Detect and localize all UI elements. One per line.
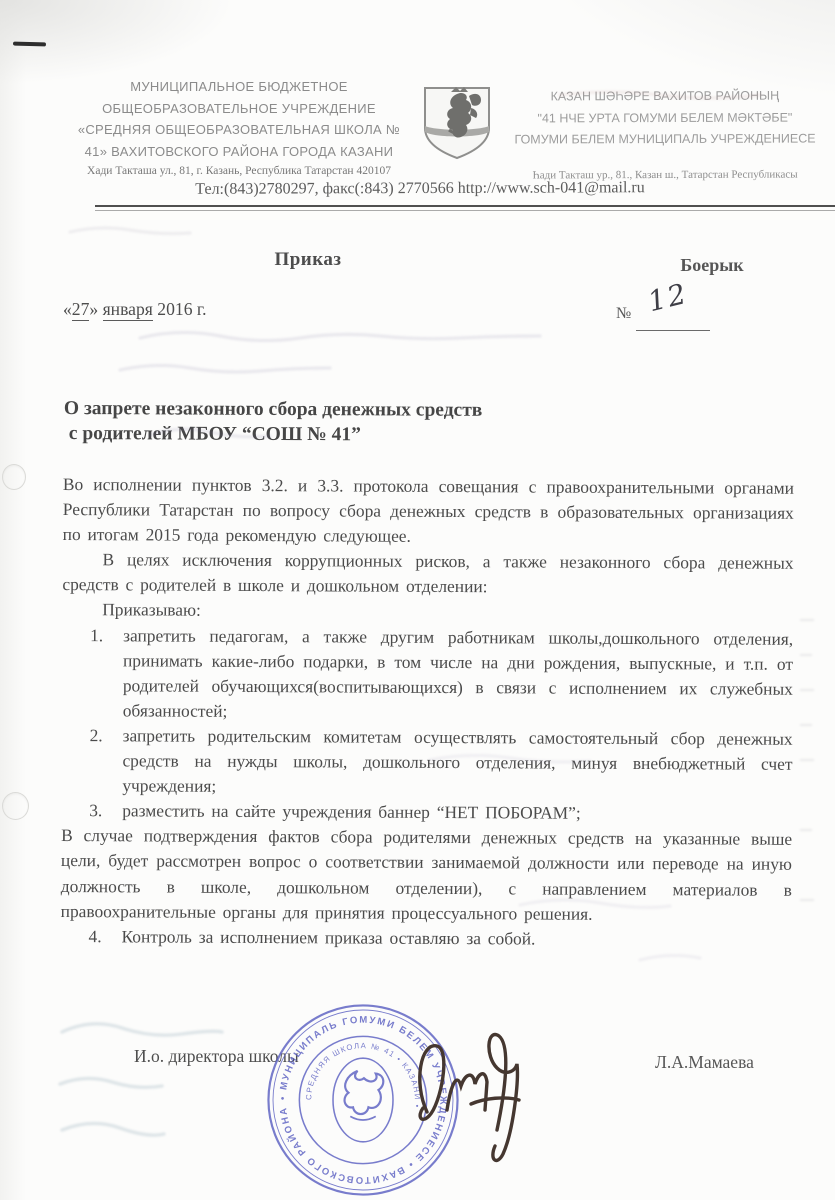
paragraph-order-word: Приказываю:	[62, 597, 793, 626]
org-name-line: ОБЩЕОБРАЗОВАТЕЛЬНОЕ УЧРЕЖДЕНИЕ	[70, 98, 408, 120]
order-title: О запрете незаконного сбора денежных сре…	[64, 396, 624, 448]
handwritten-order-number: 12	[645, 277, 691, 319]
order-title-line2: с родителей МБОУ “СОШ № 41”	[64, 421, 624, 448]
list-item: 1. запретить педагогам, а также другим р…	[90, 623, 794, 727]
signature-name: Л.А.Мамаева	[655, 1052, 754, 1073]
kazan-coat-of-arms-icon	[411, 84, 503, 164]
org-name-line: 41» ВАХИТОВСКОГО РАЙОНА ГОРОДА КАЗАНИ	[70, 141, 408, 163]
quote-open: «	[63, 299, 72, 319]
org-name-line: МУНИЦИПАЛЬНОЕ БЮДЖЕТНОЕ	[70, 76, 408, 98]
number-label: №	[616, 305, 631, 323]
doc-type-ru: Приказ	[228, 249, 388, 271]
list-item-text: разместить на сайте учреждения баннер “Н…	[122, 799, 792, 828]
list-item-number: 1.	[90, 623, 124, 724]
order-title-line1: О запрете незаконного сбора денежных сре…	[64, 396, 624, 423]
list-item: 2. запретить родительским комитетам осущ…	[89, 723, 792, 802]
list-item-text: запретить родительским комитетам осущест…	[122, 723, 792, 802]
contact-line: Тел:(843)2780297, факс(:843) 2770566 htt…	[110, 179, 730, 199]
stamp-zilant-dragon-icon	[345, 1071, 384, 1120]
date-year: 2016 г.	[157, 299, 206, 319]
order-body: Во исполнении пунктов 3.2. и 3.3. проток…	[61, 472, 794, 953]
list-item-number: 4.	[89, 924, 122, 949]
list-item-number: 3.	[89, 798, 122, 823]
quote-close: »	[89, 299, 98, 319]
letterhead-russian: МУНИЦИПАЛЬНОЕ БЮДЖЕТНОЕ ОБЩЕОБРАЗОВАТЕЛЬ…	[70, 76, 408, 179]
scan-pen-mark	[13, 42, 46, 47]
date-line: «27» января 2016 г.	[63, 299, 207, 320]
list-item-text: Контроль за исполнением приказа оставляю…	[122, 924, 792, 953]
letterhead-divider	[95, 205, 835, 211]
scanned-order-page: МУНИЦИПАЛЬНОЕ БЮДЖЕТНОЕ ОБЩЕОБРАЗОВАТЕЛЬ…	[0, 0, 835, 1200]
org-name-line: КАЗАН ШӘҺӘРЕ ВАХИТОВ РАЙОНЫҢ	[500, 85, 830, 108]
list-item-text: запретить педагогам, а также другим рабо…	[123, 623, 794, 727]
date-month: января	[103, 299, 153, 321]
letterhead-tatar: КАЗАН ШӘҺӘРЕ ВАХИТОВ РАЙОНЫҢ "41 НЧЕ УРТ…	[500, 85, 830, 182]
paragraph-purpose: В целях исключения коррупционных рисков,…	[62, 547, 793, 601]
paragraph-preamble: Во исполнении пунктов 3.2. и 3.3. проток…	[63, 472, 794, 551]
list-item-number: 2.	[89, 723, 122, 798]
handwritten-signature	[405, 1012, 535, 1172]
paragraph-consequences: В случае подтверждения фактов сбора роди…	[61, 823, 793, 927]
date-day: 27	[72, 299, 90, 321]
doc-type-tat: Боерык	[642, 255, 782, 276]
list-item: 4. Контроль за исполнением приказа остав…	[89, 924, 792, 953]
org-name-line: ГОМУМИ БЕЛЕМ МУНИЦИПАЛЬ УЧРЕЖДЕНИЕСЕ	[500, 128, 830, 151]
hole-punch-bottom	[2, 792, 29, 820]
org-address-ru: Хади Такташа ул., 81, г. Казань, Республ…	[70, 164, 408, 179]
list-item: 3. разместить на сайте учреждения баннер…	[89, 798, 792, 827]
org-name-line: "41 НЧЕ УРТА ГОМУМИ БЕЛЕМ МӘКТӘБЕ"	[500, 107, 830, 130]
org-name-line: «СРЕДНЯЯ ОБЩЕОБРАЗОВАТЕЛЬНАЯ ШКОЛА №	[70, 119, 408, 141]
hole-punch-top	[2, 464, 26, 490]
number-underline	[636, 330, 710, 331]
